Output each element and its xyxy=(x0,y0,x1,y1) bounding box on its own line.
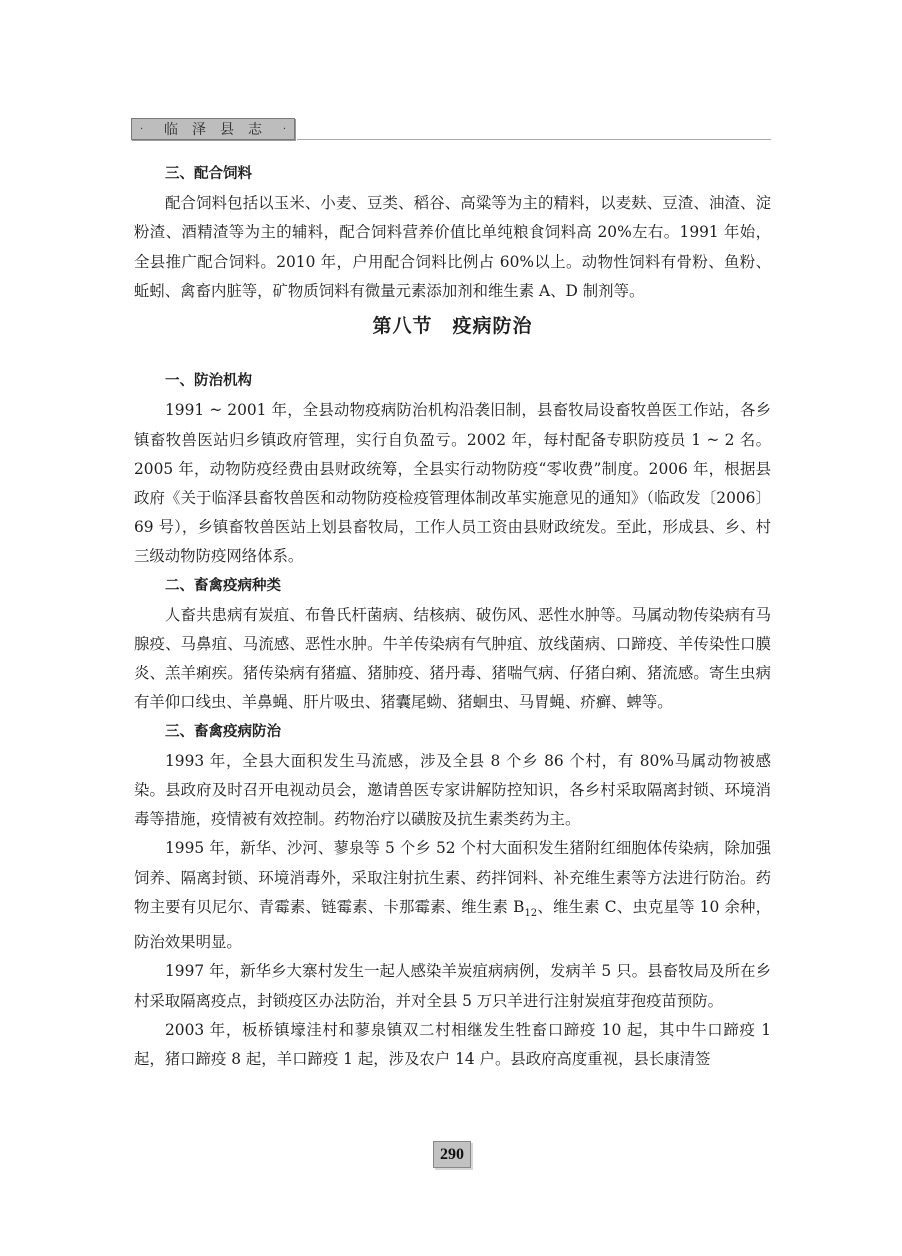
bullet-dot-icon: · xyxy=(283,124,286,135)
section-number: 第八节 xyxy=(372,315,432,337)
subsection-heading-institutions: 一、防治机构 xyxy=(134,367,771,396)
running-head: · 临泽县志 · xyxy=(131,118,771,142)
header-rule xyxy=(297,139,771,140)
paragraph: 1995 年，新华、沙河、蓼泉等 5 个乡 52 个村大面积发生猪附红细胞体传染… xyxy=(134,834,771,957)
page-body: 三、配合饲料 配合饲料包括以玉米、小麦、豆类、稻谷、高粱等为主的精料，以麦麸、豆… xyxy=(134,160,771,1074)
paragraph: 1991 ~ 2001 年，全县动物疫病防治机构沿袭旧制，县畜牧局设畜牧兽医工作… xyxy=(134,396,771,571)
paragraph: 人畜共患病有炭疽、布鲁氏杆菌病、结核病、破伤风、恶性水肿等。马属动物传染病有马腺… xyxy=(134,601,771,718)
paragraph: 配合饲料包括以玉米、小麦、豆类、稻谷、高粱等为主的精料，以麦麸、豆渣、油渣、淀粉… xyxy=(134,189,771,306)
paragraph: 2003 年，板桥镇壕洼村和蓼泉镇双二村相继发生牲畜口蹄疫 10 起，其中牛口蹄… xyxy=(134,1016,771,1074)
book-title-badge: · 临泽县志 · xyxy=(131,118,295,140)
paragraph: 1997 年，新华乡大寨村发生一起人感染羊炭疽病病例，发病羊 5 只。县畜牧局及… xyxy=(134,957,771,1015)
subsection-heading-prevention: 三、畜禽疫病防治 xyxy=(134,718,771,747)
page-number: 290 xyxy=(433,1141,471,1168)
section-name: 疫病防治 xyxy=(453,315,533,337)
subsection-heading-disease-types: 二、畜禽疫病种类 xyxy=(134,572,771,601)
paragraph: 1993 年，全县大面积发生马流感，涉及全县 8 个乡 86 个村，有 80%马… xyxy=(134,747,771,835)
bullet-dot-icon: · xyxy=(140,124,143,135)
subsection-heading-feed: 三、配合饲料 xyxy=(134,160,771,189)
subscript: 12 xyxy=(524,908,537,919)
book-title: 临泽县志 xyxy=(164,119,276,139)
section-title: 第八节疫病防治 xyxy=(134,312,771,341)
